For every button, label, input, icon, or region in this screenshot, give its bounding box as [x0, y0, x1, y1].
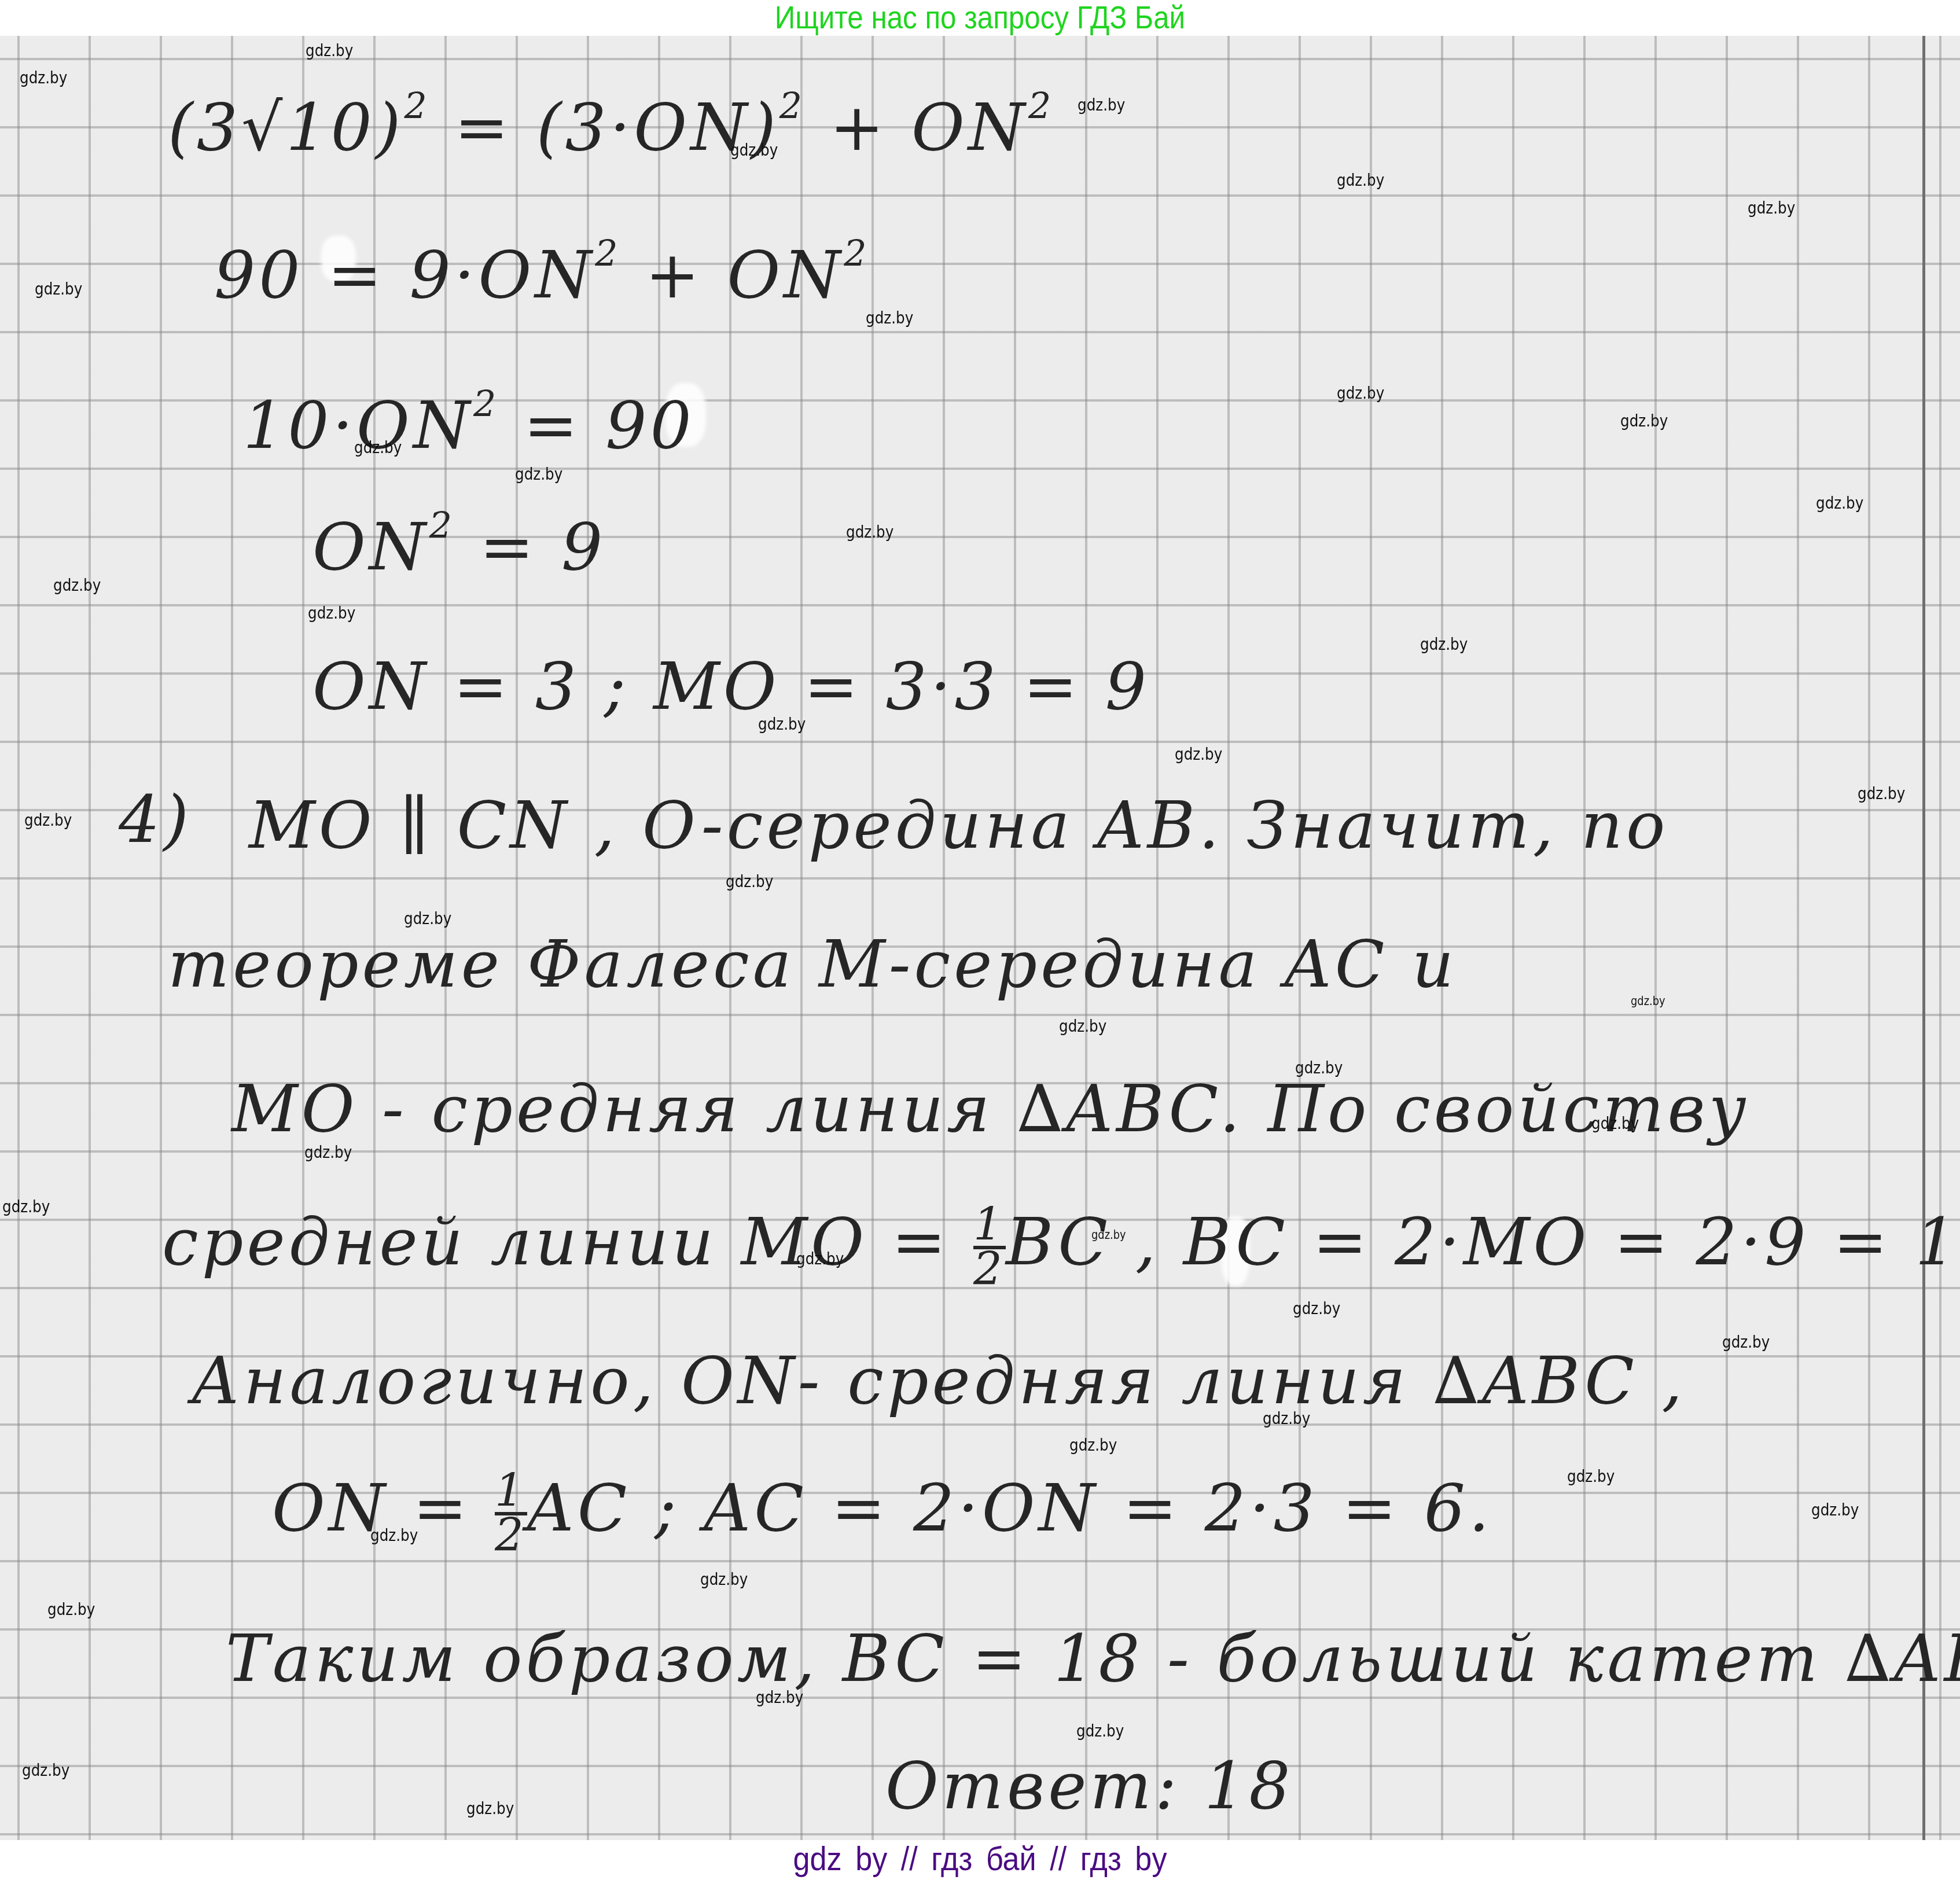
watermark: gdz.by — [370, 1525, 418, 1545]
watermark: gdz.by — [1337, 383, 1384, 403]
site-footer-links: gdz by // гдз бай // гдз by — [98, 1840, 1862, 1880]
watermark: gdz.by — [53, 575, 101, 595]
notebook-page: (3√10)2 = (3·ON)2 + ON2 90 = 9·ON2 + ON2… — [0, 36, 1960, 1840]
watermark: gdz.by — [466, 1798, 514, 1818]
equation-line-4: ON2 = 9 — [312, 505, 606, 585]
watermark: gdz.by — [304, 1142, 352, 1162]
watermark: gdz.by — [306, 41, 353, 60]
watermark: gdz.by — [1078, 95, 1125, 115]
watermark: gdz.by — [1069, 1435, 1117, 1455]
watermark: gdz.by — [1337, 170, 1384, 190]
watermark: gdz.by — [866, 308, 913, 328]
search-hint-banner: Ищите нас по запросу ГДЗ Бай — [117, 0, 1843, 36]
watermark: gdz.by — [354, 437, 402, 457]
watermark: gdz.by — [404, 908, 451, 928]
watermark: gdz.by — [1091, 1228, 1126, 1242]
watermark: gdz.by — [1858, 783, 1905, 803]
watermark: gdz.by — [1263, 1408, 1310, 1428]
text-line-6: ON = 12AC ; AC = 2·ON = 2·3 = 6. — [272, 1471, 1493, 1557]
watermark: gdz.by — [1420, 634, 1468, 654]
answer-line: Ответ: 18 — [885, 1749, 1294, 1824]
watermark: gdz.by — [1175, 744, 1222, 764]
text-line-3: MO - средняя линия ∆ABC. По свойству — [231, 1072, 1750, 1147]
watermark: gdz.by — [47, 1599, 95, 1619]
watermark: gdz.by — [1591, 1113, 1639, 1133]
watermark: gdz.by — [1076, 1721, 1124, 1741]
watermark: gdz.by — [515, 464, 562, 484]
equation-line-3: 10·ON2 = 90 — [243, 383, 695, 463]
watermark: gdz.by — [758, 714, 806, 734]
watermark: gdz.by — [22, 1760, 69, 1780]
equation-line-1: (3√10)2 = (3·ON)2 + ON2 — [168, 85, 1054, 165]
watermark: gdz.by — [1722, 1332, 1770, 1352]
page-margin-line — [1922, 36, 1925, 1840]
text-line-5: Аналогично, ON- средняя линия ∆ABC , — [191, 1344, 1686, 1419]
watermark: gdz.by — [1293, 1298, 1340, 1318]
watermark: gdz.by — [308, 603, 355, 623]
text-line-2: теореме Фалеса M-середина AC и — [168, 927, 1457, 1002]
equation-line-2: 90 = 9·ON2 + ON2 — [214, 233, 870, 313]
watermark: gdz.by — [2, 1197, 50, 1216]
watermark: gdz.by — [20, 68, 67, 87]
watermark: gdz.by — [1620, 411, 1668, 431]
watermark: gdz.by — [1811, 1500, 1859, 1520]
watermark: gdz.by — [1059, 1016, 1106, 1036]
watermark: gdz.by — [726, 871, 773, 891]
equation-line-5: ON = 3 ; MO = 3·3 = 9 — [312, 649, 1150, 724]
watermark: gdz.by — [1295, 1058, 1343, 1077]
item-number: 4) — [119, 782, 192, 858]
fraction: 12 — [495, 1471, 527, 1556]
watermark: gdz.by — [1567, 1466, 1615, 1486]
watermark: gdz.by — [35, 279, 82, 299]
watermark: gdz.by — [1748, 198, 1795, 218]
fraction: 12 — [973, 1205, 1006, 1290]
watermark: gdz.by — [24, 810, 72, 830]
text-line-1: MO ∥ CN , O-середина AB. Значит, по — [249, 788, 1668, 863]
watermark: gdz.by — [1631, 994, 1665, 1008]
watermark: gdz.by — [1816, 493, 1863, 513]
watermark: gdz.by — [756, 1687, 803, 1707]
watermark: gdz.by — [796, 1249, 844, 1268]
watermark: gdz.by — [700, 1569, 748, 1589]
watermark: gdz.by — [846, 522, 893, 542]
watermark: gdz.by — [730, 140, 778, 160]
text-line-7: Таким образом, BC = 18 - больший катет ∆… — [226, 1621, 1960, 1697]
text-line-4: средней линии MO = 12BC , BC = 2·MO = 2·… — [162, 1205, 1960, 1290]
